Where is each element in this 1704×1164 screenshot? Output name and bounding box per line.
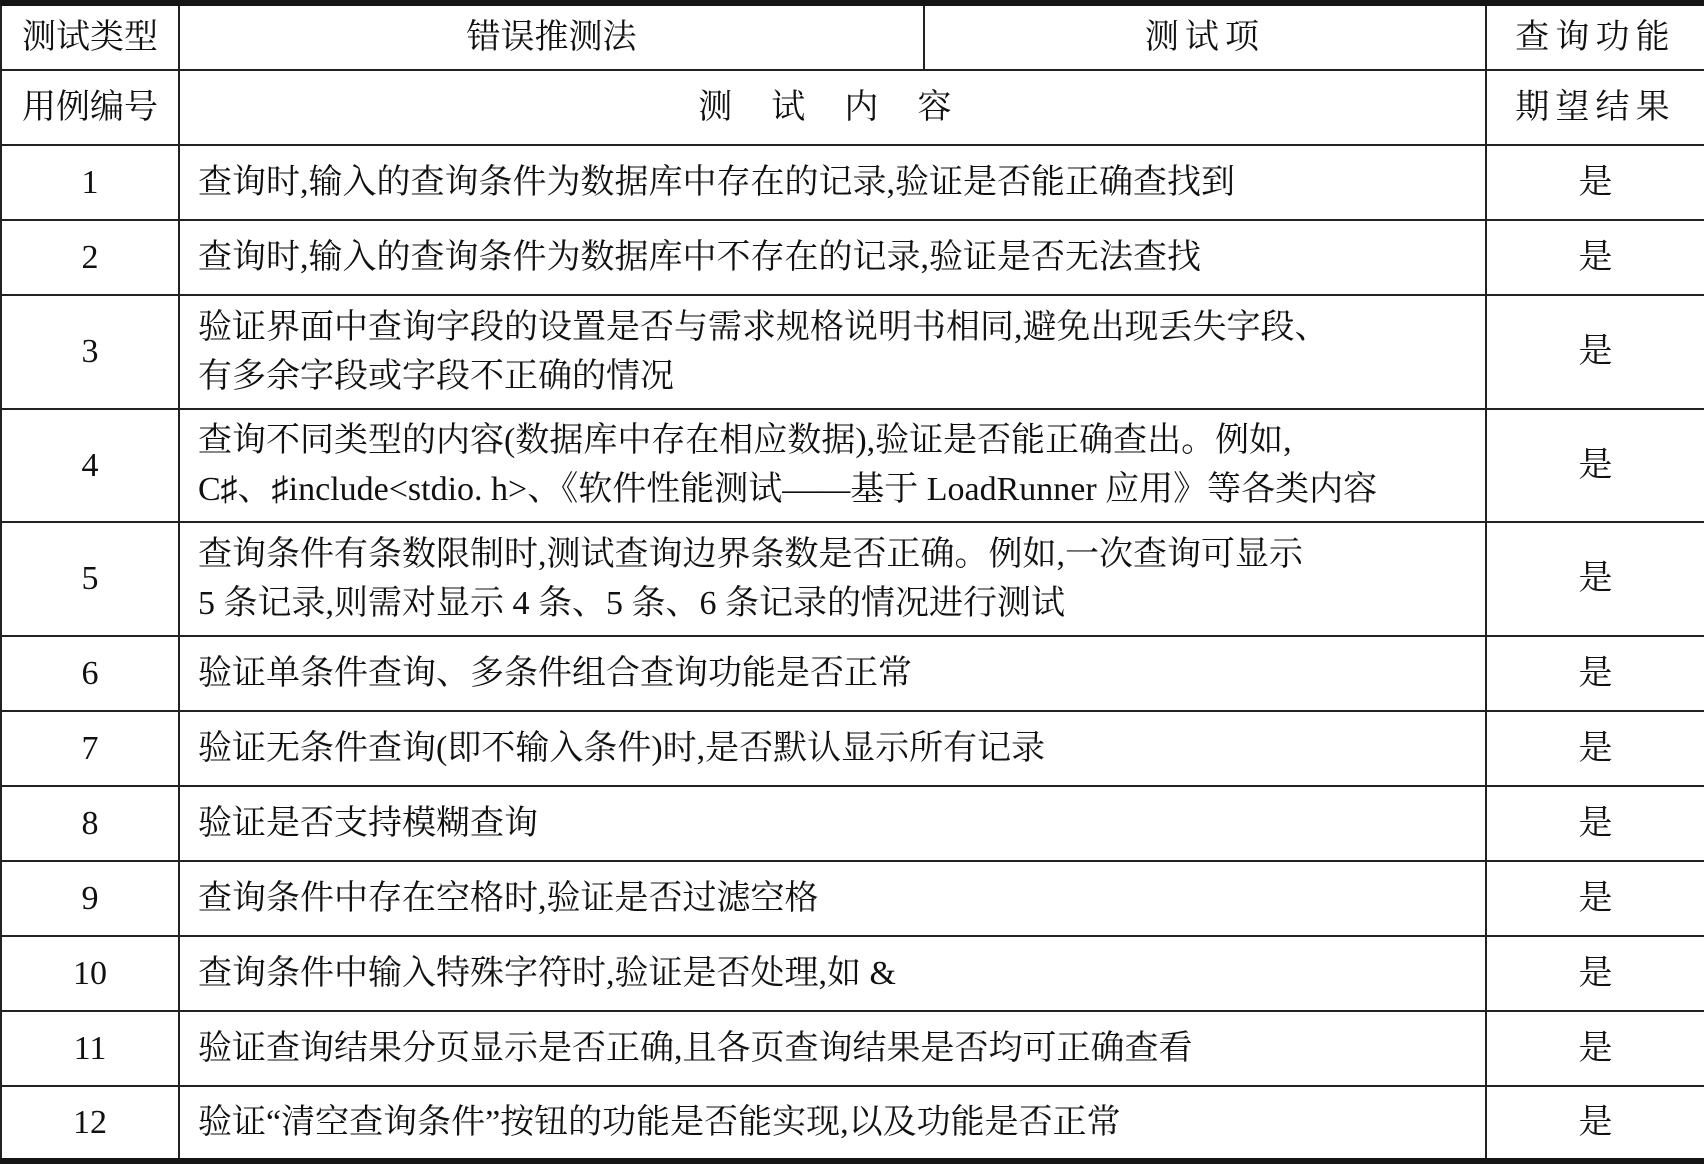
test-type-value: 错误推测法 [179, 3, 924, 70]
table-row: 1 查询时,输入的查询条件为数据库中存在的记录,验证是否能正确查找到 是 [1, 145, 1704, 220]
case-number: 12 [1, 1086, 179, 1161]
case-content: 验证“清空查询条件”按钮的功能是否能实现,以及功能是否正常 [179, 1086, 1486, 1161]
case-number: 7 [1, 711, 179, 786]
case-content: 验证查询结果分页显示是否正确,且各页查询结果是否均可正确查看 [179, 1011, 1486, 1086]
header-row-columns: 用例编号 测 试 内 容 期望结果 [1, 70, 1704, 145]
table-row: 3 验证界面中查询字段的设置是否与需求规格说明书相同,避免出现丢失字段、 有多余… [1, 295, 1704, 409]
table-row: 4 查询不同类型的内容(数据库中存在相应数据),验证是否能正确查出。例如, C♯… [1, 409, 1704, 523]
table-row: 8 验证是否支持模糊查询 是 [1, 786, 1704, 861]
test-type-label: 测试类型 [1, 3, 179, 70]
test-case-table: 测试类型 错误推测法 测试项 查询功能 用例编号 测 试 内 容 期望结果 1 … [0, 0, 1704, 1164]
case-content: 查询条件有条数限制时,测试查询边界条数是否正确。例如,一次查询可显示 5 条记录… [179, 522, 1486, 636]
case-content: 验证是否支持模糊查询 [179, 786, 1486, 861]
case-content: 查询不同类型的内容(数据库中存在相应数据),验证是否能正确查出。例如, C♯、♯… [179, 409, 1486, 523]
case-number: 8 [1, 786, 179, 861]
table-row: 11 验证查询结果分页显示是否正确,且各页查询结果是否均可正确查看 是 [1, 1011, 1704, 1086]
table-row: 12 验证“清空查询条件”按钮的功能是否能实现,以及功能是否正常 是 [1, 1086, 1704, 1161]
case-id-column-header: 用例编号 [1, 70, 179, 145]
case-content: 验证无条件查询(即不输入条件)时,是否默认显示所有记录 [179, 711, 1486, 786]
case-number: 3 [1, 295, 179, 409]
expected-column-header: 期望结果 [1486, 70, 1704, 145]
case-number: 4 [1, 409, 179, 523]
case-number: 10 [1, 936, 179, 1011]
expected-result: 是 [1486, 861, 1704, 936]
table-row: 2 查询时,输入的查询条件为数据库中不存在的记录,验证是否无法查找 是 [1, 220, 1704, 295]
table-row: 6 验证单条件查询、多条件组合查询功能是否正常 是 [1, 636, 1704, 711]
case-number: 6 [1, 636, 179, 711]
expected-result: 是 [1486, 522, 1704, 636]
expected-result: 是 [1486, 936, 1704, 1011]
table-row: 9 查询条件中存在空格时,验证是否过滤空格 是 [1, 861, 1704, 936]
case-number: 2 [1, 220, 179, 295]
content-column-header: 测 试 内 容 [179, 70, 1486, 145]
case-number: 5 [1, 522, 179, 636]
header-row-meta: 测试类型 错误推测法 测试项 查询功能 [1, 3, 1704, 70]
expected-result: 是 [1486, 786, 1704, 861]
test-item-value: 查询功能 [1486, 3, 1704, 70]
expected-result: 是 [1486, 1086, 1704, 1161]
test-item-label: 测试项 [924, 3, 1486, 70]
case-content: 查询条件中输入特殊字符时,验证是否处理,如 & [179, 936, 1486, 1011]
case-content: 验证界面中查询字段的设置是否与需求规格说明书相同,避免出现丢失字段、 有多余字段… [179, 295, 1486, 409]
expected-result: 是 [1486, 295, 1704, 409]
expected-result: 是 [1486, 409, 1704, 523]
case-number: 1 [1, 145, 179, 220]
expected-result: 是 [1486, 636, 1704, 711]
case-content: 查询条件中存在空格时,验证是否过滤空格 [179, 861, 1486, 936]
table-row: 7 验证无条件查询(即不输入条件)时,是否默认显示所有记录 是 [1, 711, 1704, 786]
case-content: 查询时,输入的查询条件为数据库中不存在的记录,验证是否无法查找 [179, 220, 1486, 295]
expected-result: 是 [1486, 711, 1704, 786]
table-row: 5 查询条件有条数限制时,测试查询边界条数是否正确。例如,一次查询可显示 5 条… [1, 522, 1704, 636]
expected-result: 是 [1486, 220, 1704, 295]
case-content: 验证单条件查询、多条件组合查询功能是否正常 [179, 636, 1486, 711]
case-number: 9 [1, 861, 179, 936]
table-row: 10 查询条件中输入特殊字符时,验证是否处理,如 & 是 [1, 936, 1704, 1011]
case-number: 11 [1, 1011, 179, 1086]
case-content: 查询时,输入的查询条件为数据库中存在的记录,验证是否能正确查找到 [179, 145, 1486, 220]
expected-result: 是 [1486, 145, 1704, 220]
expected-result: 是 [1486, 1011, 1704, 1086]
